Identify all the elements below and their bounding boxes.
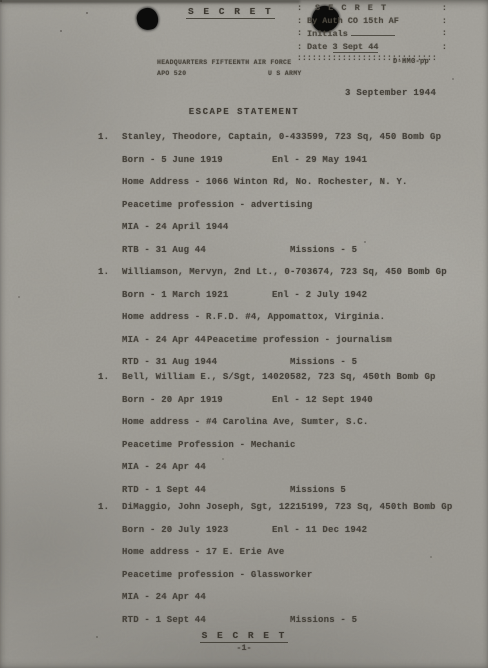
enlisted-value: Enl - 2 July 1942 (272, 284, 367, 307)
born-value: Born - 20 Apr 1919 (122, 395, 223, 405)
paper-specks (0, 0, 2, 2)
born-value: Born - 20 July 1923 (122, 525, 228, 535)
edge-smudge (0, 0, 300, 3)
entry-name: Bell, William E., S/Sgt, 14020582, 723 S… (122, 372, 436, 382)
entry-name-line: 1.Williamson, Mervyn, 2nd Lt., 0-703674,… (98, 261, 458, 284)
entry-name: Williamson, Mervyn, 2nd Lt., 0-703674, 7… (122, 267, 447, 277)
classification-top: S E C R E T (186, 6, 275, 19)
entry-profession-line: Peacetime profession - advertising (98, 194, 458, 217)
page-number: -1- (0, 643, 488, 653)
born-value: Born - 5 June 1919 (122, 155, 223, 165)
stamp-line-date: :Date 3 Sept 44: (297, 41, 447, 54)
rtd-value: RTD - 1 Sept 44 (122, 615, 206, 625)
stamp-classification: S E C R E T (315, 2, 388, 15)
missions-value: Missions - 5 (290, 609, 357, 632)
entry-mia-line: MIA - 24 April 1944 (98, 216, 458, 239)
document-title: ESCAPE STATEMENT (0, 107, 488, 117)
army-label: U S ARMY (268, 68, 302, 79)
hq-line: HEADQUARTERS FIFTEENTH AIR FORCE D-HMG-p… (157, 57, 447, 68)
rtd-value: RTD - 1 Sept 44 (122, 485, 206, 495)
entry-home-line: Home address - R.F.D. #4, Appomattox, Vi… (98, 306, 458, 329)
entry-name-line: 1.Bell, William E., S/Sgt, 14020582, 723… (98, 366, 458, 389)
initials-blank-line (351, 27, 395, 36)
entry-born-line: Born - 5 June 1919Enl - 29 May 1941 (98, 149, 458, 172)
enlisted-value: Enl - 29 May 1941 (272, 149, 367, 172)
entry-name-line: 1.DiMaggio, John Joseph, Sgt, 12215199, … (98, 496, 458, 519)
entry-mia-line: MIA - 24 Apr 44Peacetime profession - jo… (98, 329, 458, 352)
stamp-line-secret: :S E C R E T: (297, 2, 447, 15)
entry-profession-line: Peacetime profession - Glassworker (98, 564, 458, 587)
entry-home-line: Home Address - 1066 Winton Rd, No. Roche… (98, 171, 458, 194)
apo-number: APO 520 (157, 70, 186, 77)
entry-name: Stanley, Theodore, Captain, 0-433599, 72… (122, 132, 441, 142)
entry-mia-line: MIA - 24 Apr 44 (98, 456, 458, 479)
profession-value: Peacetime profession - journalism (207, 329, 392, 352)
entry-home-line: Home address - #4 Carolina Ave, Sumter, … (98, 411, 458, 434)
entry-williamson: 1.Williamson, Mervyn, 2nd Lt., 0-703674,… (98, 261, 458, 374)
entry-bell: 1.Bell, William E., S/Sgt, 14020582, 723… (98, 366, 458, 501)
stamp-line-initials: :Initials: (297, 27, 447, 41)
punch-hole-left (135, 6, 160, 32)
mia-value: MIA - 24 Apr 44 (122, 335, 206, 345)
entry-mia-line: MIA - 24 Apr 44 (98, 586, 458, 609)
hq-title: HEADQUARTERS FIFTEENTH AIR FORCE (157, 59, 291, 66)
entry-name: DiMaggio, John Joseph, Sgt, 12215199, 72… (122, 502, 452, 512)
rtb-value: RTB - 31 Aug 44 (122, 245, 206, 255)
enlisted-value: Enl - 12 Sept 1940 (272, 389, 373, 412)
entry-return-line: RTD - 1 Sept 44Missions - 5 (98, 609, 458, 632)
entry-return-line: RTB - 31 Aug 44Missions - 5 (98, 239, 458, 262)
entry-stanley: 1.Stanley, Theodore, Captain, 0-433599, … (98, 126, 458, 261)
document-page: S E C R E T :S E C R E T: :By Auth CO 15… (0, 0, 488, 668)
stamp-initials-label: Initials (307, 29, 348, 39)
entry-number: 1. (98, 496, 122, 519)
stamp-line-authority: :By Auth CO 15th AF: (297, 15, 447, 28)
entry-name-line: 1.Stanley, Theodore, Captain, 0-433599, … (98, 126, 458, 149)
entry-number: 1. (98, 126, 122, 149)
classification-bottom: S E C R E T (0, 630, 488, 641)
entry-home-line: Home address - 17 E. Erie Ave (98, 541, 458, 564)
office-symbol: D-HMG-pp (393, 57, 429, 68)
stamp-date-value: 3 Sept 44 (333, 42, 379, 54)
apo-line: APO 520 U S ARMY (157, 68, 447, 79)
auth-stamp-box: :S E C R E T: :By Auth CO 15th AF: :Init… (297, 2, 447, 66)
headquarters-block: HEADQUARTERS FIFTEENTH AIR FORCE D-HMG-p… (157, 57, 447, 79)
document-date: 3 September 1944 (345, 88, 436, 98)
stamp-date-label: Date (307, 42, 327, 52)
entry-born-line: Born - 20 July 1923Enl - 11 Dec 1942 (98, 519, 458, 542)
entry-number: 1. (98, 261, 122, 284)
entry-dimaggio: 1.DiMaggio, John Joseph, Sgt, 12215199, … (98, 496, 458, 631)
entry-number: 1. (98, 366, 122, 389)
entry-born-line: Born - 20 Apr 1919Enl - 12 Sept 1940 (98, 389, 458, 412)
stamp-authority: By Auth CO 15th AF (307, 16, 399, 26)
enlisted-value: Enl - 11 Dec 1942 (272, 519, 367, 542)
born-value: Born - 1 March 1921 (122, 290, 228, 300)
missions-value: Missions - 5 (290, 239, 357, 262)
entry-born-line: Born - 1 March 1921Enl - 2 July 1942 (98, 284, 458, 307)
entry-profession-line: Peacetime Profession - Mechanic (98, 434, 458, 457)
